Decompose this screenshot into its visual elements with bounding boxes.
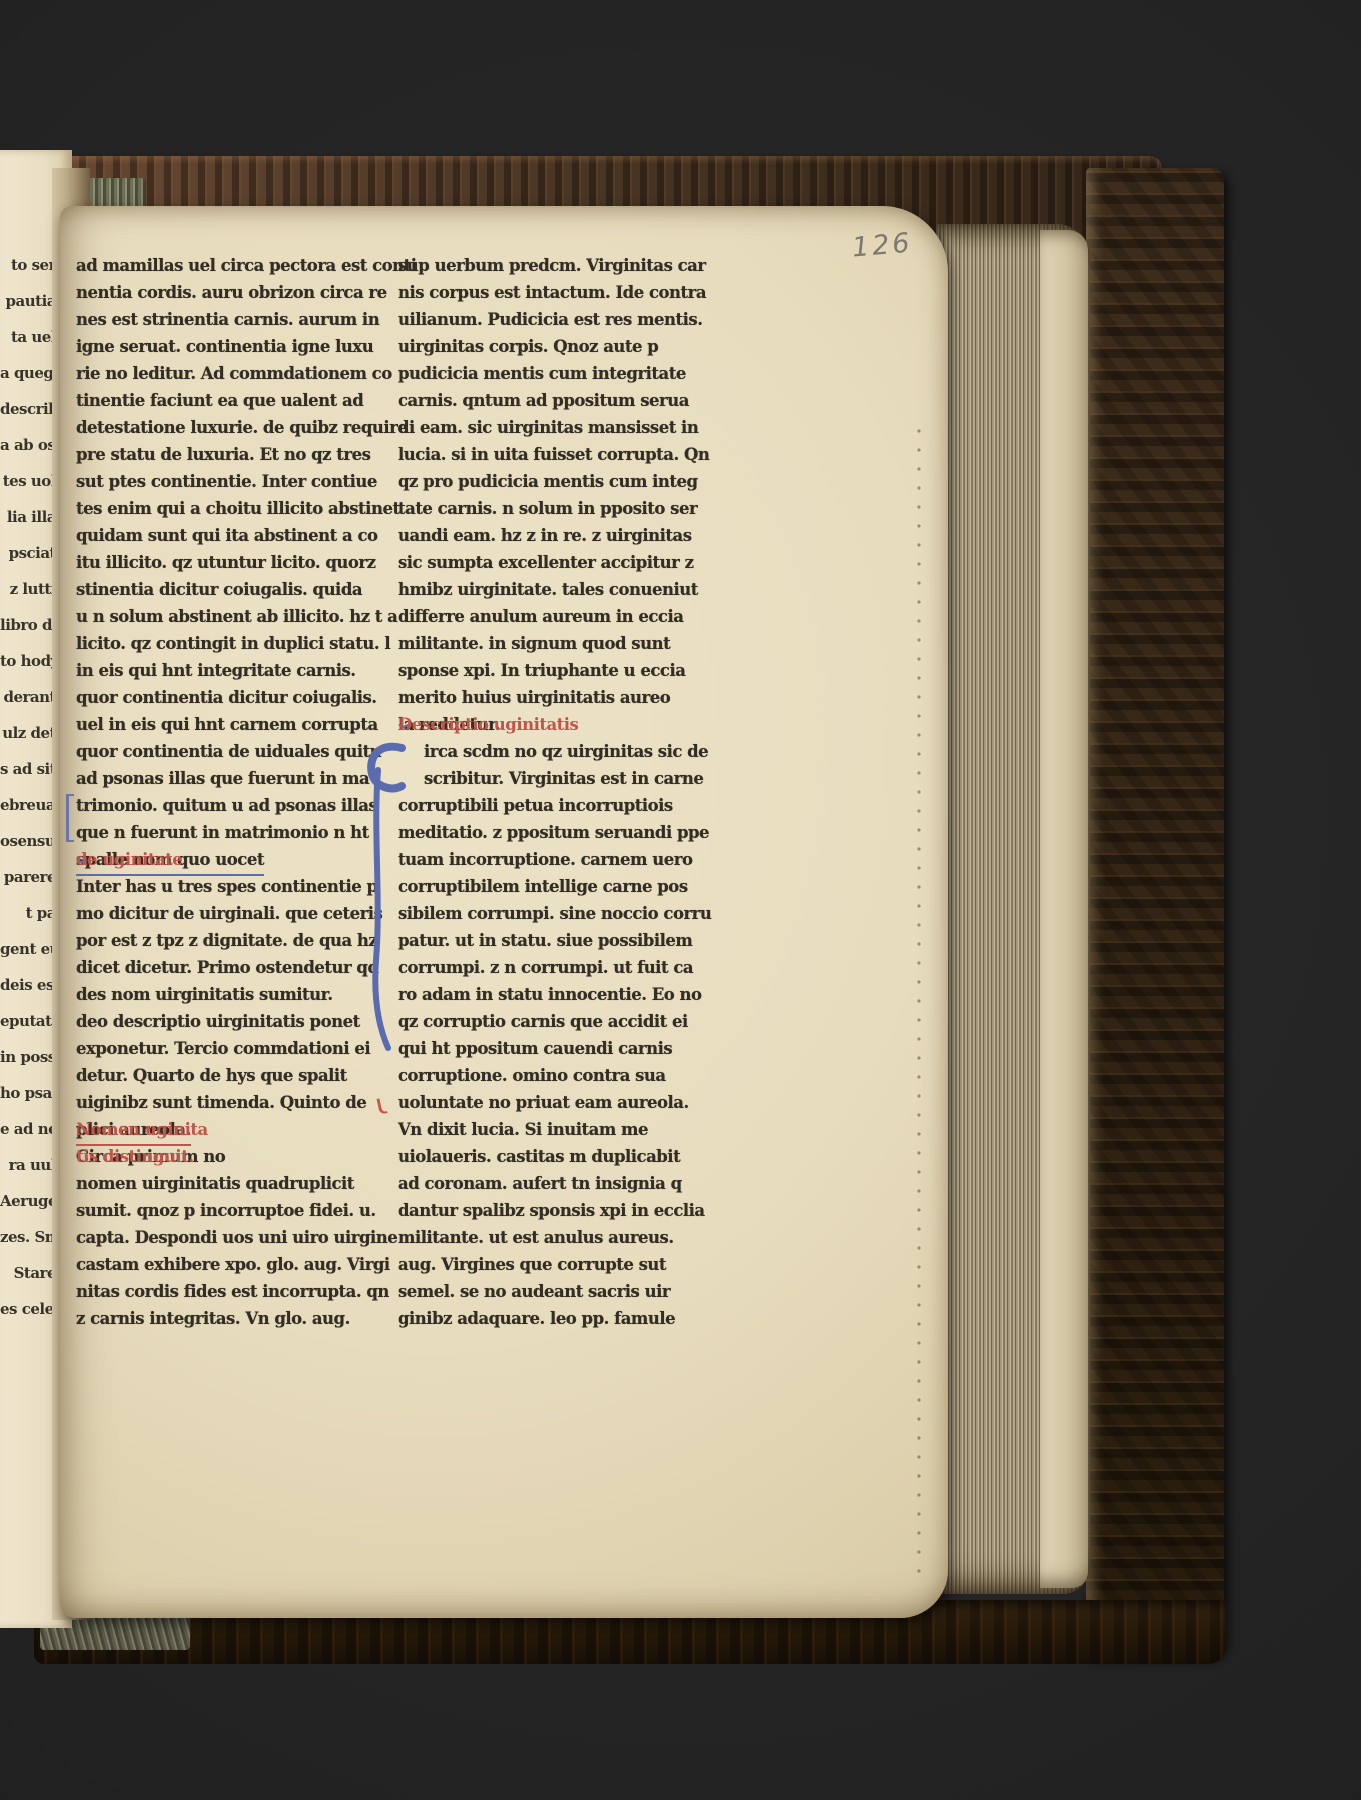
fragment-line: to hody bbox=[0, 652, 56, 688]
text-line: Vn dixit lucia. Si inuitam me bbox=[398, 1116, 706, 1143]
text-line: plici aureola. Nomen uginita bbox=[76, 1116, 378, 1143]
text-line: nomen uirginitatis quadruplicit bbox=[76, 1170, 378, 1197]
fragment-line: ra uul bbox=[0, 1156, 56, 1192]
folio-number: 126 bbox=[851, 227, 914, 263]
fragment-line: ebreuau bbox=[0, 796, 56, 832]
facing-leaf-text-fragments: to serpautiata uela quegtdescribita ab o… bbox=[0, 256, 56, 1336]
text-line: quidam sunt qui ita abstinent a co bbox=[76, 522, 378, 549]
fragment-line: Stare bbox=[0, 1264, 56, 1300]
text-line: differre anulum aureum in eccia bbox=[398, 603, 706, 630]
text-line: nis corpus est intactum. Ide contra bbox=[398, 279, 706, 306]
text-line: rie no leditur. Ad commdationem co bbox=[76, 360, 378, 387]
text-line: irca scdm no qz uirginitas sic de bbox=[398, 738, 706, 765]
fragment-line: psciat bbox=[0, 544, 56, 580]
fragment-line: osensuu bbox=[0, 832, 56, 868]
text-line: corruptibilem intellige carne pos bbox=[398, 873, 706, 900]
text-line: sponse xpi. In triuphante u eccia bbox=[398, 657, 706, 684]
fragment-line: t pa bbox=[0, 904, 56, 940]
text-line: hmibz uirginitate. tales conueniut bbox=[398, 576, 706, 603]
fragment-line: a quegt bbox=[0, 364, 56, 400]
text-line: uirginitas corpis. Qnoz aute p bbox=[398, 333, 706, 360]
fragment-line: ulz det bbox=[0, 724, 56, 760]
text-line: corruptibili petua incorruptiois bbox=[398, 792, 706, 819]
text-line: aug. Virgines que corrupte sut bbox=[398, 1251, 706, 1278]
fragment-line: describit bbox=[0, 400, 56, 436]
text-line: nitas cordis fides est incorrupta. qn bbox=[76, 1278, 378, 1305]
text-line: uiginibz sunt timenda. Quinto de bbox=[76, 1089, 378, 1116]
text-line: castam exhibere xpo. glo. aug. Virgi bbox=[76, 1251, 378, 1278]
text-line: nes est strinentia carnis. aurum in bbox=[76, 306, 378, 333]
text-line: itu illicito. qz utuntur licito. quorz bbox=[76, 549, 378, 576]
text-line: militante. in signum quod sunt bbox=[398, 630, 706, 657]
text-line: lucia. si in uita fuisset corrupta. Qn bbox=[398, 441, 706, 468]
text-line: sic sumpta excellenter accipitur z bbox=[398, 549, 706, 576]
text-line: u n solum abstinent ab illicito. hz t a bbox=[76, 603, 378, 630]
text-line: sibilem corrumpi. sine noccio corru bbox=[398, 900, 706, 927]
fragment-line: Aeruge bbox=[0, 1192, 56, 1228]
text-line: des nom uirginitatis sumitur. bbox=[76, 981, 378, 1008]
text-line: qz pro pudicicia mentis cum integ bbox=[398, 468, 706, 495]
text-line: dantur spalibz sponsis xpi in ecclia bbox=[398, 1197, 706, 1224]
fragment-line: es celesti bbox=[0, 1300, 56, 1336]
fragment-line: deis esse bbox=[0, 976, 56, 1012]
text-line: deo descriptio uirginitatis ponet bbox=[76, 1008, 378, 1035]
fragment-line: ta uel bbox=[0, 328, 56, 364]
text-line: meditatio. z ppositum seruandi ppe bbox=[398, 819, 706, 846]
fragment-line: pautia bbox=[0, 292, 56, 328]
text-line: spalle nom quo uocet⌣ de uginitate bbox=[76, 846, 378, 873]
fragment-line: z lutti bbox=[0, 580, 56, 616]
text-line: exponetur. Tercio commdationi ei bbox=[76, 1035, 378, 1062]
fragment-line: tes uol bbox=[0, 472, 56, 508]
text-line: Inter has u tres spes continentie p bbox=[76, 873, 378, 900]
fragment-line: derant bbox=[0, 688, 56, 724]
text-line: qui ht ppositum cauendi carnis bbox=[398, 1035, 706, 1062]
text-line: tuam incorruptione. carnem uero bbox=[398, 846, 706, 873]
text-line: semel. se no audeant sacris uir bbox=[398, 1278, 706, 1305]
text-line: sumit. qnoz p incorruptoe fidei. u. bbox=[76, 1197, 378, 1224]
text-line: quor continentia dicitur coiugalis. bbox=[76, 684, 378, 711]
fragment-line: libro de bbox=[0, 616, 56, 652]
fragment-line: ho psal bbox=[0, 1084, 56, 1120]
fragment-line: in posse bbox=[0, 1048, 56, 1084]
fragment-line: parere bbox=[0, 868, 56, 904]
page-stack-inner-leaves bbox=[1040, 230, 1088, 1588]
text-line: pudicicia mentis cum integritate bbox=[398, 360, 706, 387]
text-line: uilianum. Pudicicia est res mentis. bbox=[398, 306, 706, 333]
text-line: carnis. qntum ad ppositum serua bbox=[398, 387, 706, 414]
text-line: uoluntate no priuat eam aureola. bbox=[398, 1089, 706, 1116]
text-line: pre statu de luxuria. Et no qz tres bbox=[76, 441, 378, 468]
fragment-line: s ad sit bbox=[0, 760, 56, 796]
text-column-right: sup uerbum predcm. Virginitas carnis cor… bbox=[398, 252, 706, 1332]
text-line: tate carnis. n solum in pposito ser bbox=[398, 495, 706, 522]
text-line: detestatione luxurie. de quibz require bbox=[76, 414, 378, 441]
fragment-line: eputata bbox=[0, 1012, 56, 1048]
text-line: la reddetur.⌣ Descriptio uginitatis bbox=[398, 711, 706, 738]
fragment-line: a ab ost bbox=[0, 436, 56, 472]
text-line: ad psonas illas que fuerunt in ma bbox=[76, 765, 378, 792]
text-line: quor continentia de uiduales quitu bbox=[76, 738, 378, 765]
text-line: trimonio. quitum u ad psonas illas bbox=[76, 792, 378, 819]
text-line: capta. Despondi uos uni uiro uirgine bbox=[76, 1224, 378, 1251]
text-line: mo dicitur de uirginali. que ceteris bbox=[76, 900, 378, 927]
text-line: z carnis integritas. Vn glo. aug. bbox=[76, 1305, 378, 1332]
fragment-line: zes. Sm bbox=[0, 1228, 56, 1264]
text-line: scribitur. Virginitas est in carne bbox=[398, 765, 706, 792]
text-line: licito. qz contingit in duplici statu. l bbox=[76, 630, 378, 657]
text-line: detur. Quarto de hys que spalit bbox=[76, 1062, 378, 1089]
manuscript-page: 126 ad mamillas uel circa pectora est co… bbox=[60, 206, 948, 1618]
blue-margin-bracket bbox=[66, 794, 74, 842]
text-line: tes enim qui a choitu illicito abstinet bbox=[76, 495, 378, 522]
text-line: sup uerbum predcm. Virginitas car bbox=[398, 252, 706, 279]
text-line: uandi eam. hz z in re. z uirginitas bbox=[398, 522, 706, 549]
red-paraph-mark bbox=[376, 1097, 387, 1114]
pricking-holes bbox=[916, 428, 922, 1574]
text-line: uel in eis qui hnt carnem corrupta bbox=[76, 711, 378, 738]
fragment-line: lia illa bbox=[0, 508, 56, 544]
text-line: stinentia dicitur coiugalis. quida bbox=[76, 576, 378, 603]
text-line: por est z tpz z dignitate. de qua hz bbox=[76, 927, 378, 954]
manuscript-photo: to serpautiata uela quegtdescribita ab o… bbox=[0, 0, 1361, 1800]
fragment-line: to ser bbox=[0, 256, 56, 292]
text-line: nentia cordis. auru obrizon circa re bbox=[76, 279, 378, 306]
text-line: tinentie faciunt ea que ualent ad bbox=[76, 387, 378, 414]
text-line: igne seruat. continentia igne luxu bbox=[76, 333, 378, 360]
text-line: uiolaueris. castitas m duplicabit bbox=[398, 1143, 706, 1170]
text-line: ad mamillas uel circa pectora est conti bbox=[76, 252, 378, 279]
leather-cover-right bbox=[1086, 168, 1224, 1656]
text-line: militante. ut est anulus aureus. bbox=[398, 1224, 706, 1251]
text-line: ad coronam. aufert tn insignia q bbox=[398, 1170, 706, 1197]
text-line: Circa primum no tis distinguit. bbox=[76, 1143, 378, 1170]
text-line: corrumpi. z n corrumpi. ut fuit ca bbox=[398, 954, 706, 981]
text-line: di eam. sic uirginitas mansisset in bbox=[398, 414, 706, 441]
text-line: merito huius uirginitatis aureo bbox=[398, 684, 706, 711]
text-line: patur. ut in statu. siue possibilem bbox=[398, 927, 706, 954]
fragment-line: gent eu bbox=[0, 940, 56, 976]
text-line: que n fuerunt in matrimonio n ht bbox=[76, 819, 378, 846]
text-line: sut ptes continentie. Inter contiue bbox=[76, 468, 378, 495]
text-line: ro adam in statu innocentie. Eo no bbox=[398, 981, 706, 1008]
text-line: corruptione. omino contra sua bbox=[398, 1062, 706, 1089]
text-line: dicet dicetur. Primo ostendetur qd bbox=[76, 954, 378, 981]
fragment-line: e ad net bbox=[0, 1120, 56, 1156]
text-line: in eis qui hnt integritate carnis. bbox=[76, 657, 378, 684]
text-line: ginibz adaquare. leo pp. famule bbox=[398, 1305, 706, 1332]
text-line: qz corruptio carnis que accidit ei bbox=[398, 1008, 706, 1035]
text-column-left: ad mamillas uel circa pectora est contin… bbox=[76, 252, 378, 1332]
decorated-initial-blue bbox=[364, 740, 408, 1060]
